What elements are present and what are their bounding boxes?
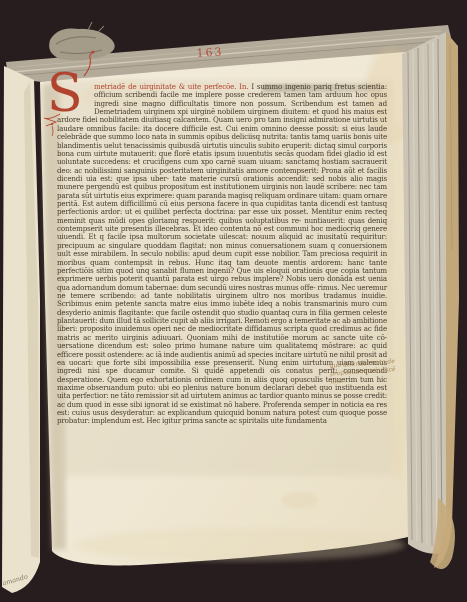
book-photograph: 163 S metriadē de uirginitate & uite per…	[0, 0, 467, 602]
folio-number: 163	[188, 45, 233, 60]
initial-spacer	[57, 83, 94, 110]
facing-page-edge	[2, 66, 40, 593]
fore-edge	[402, 32, 459, 569]
marginal-note: quo attendat nota de proposito morū z sc…	[329, 357, 404, 386]
